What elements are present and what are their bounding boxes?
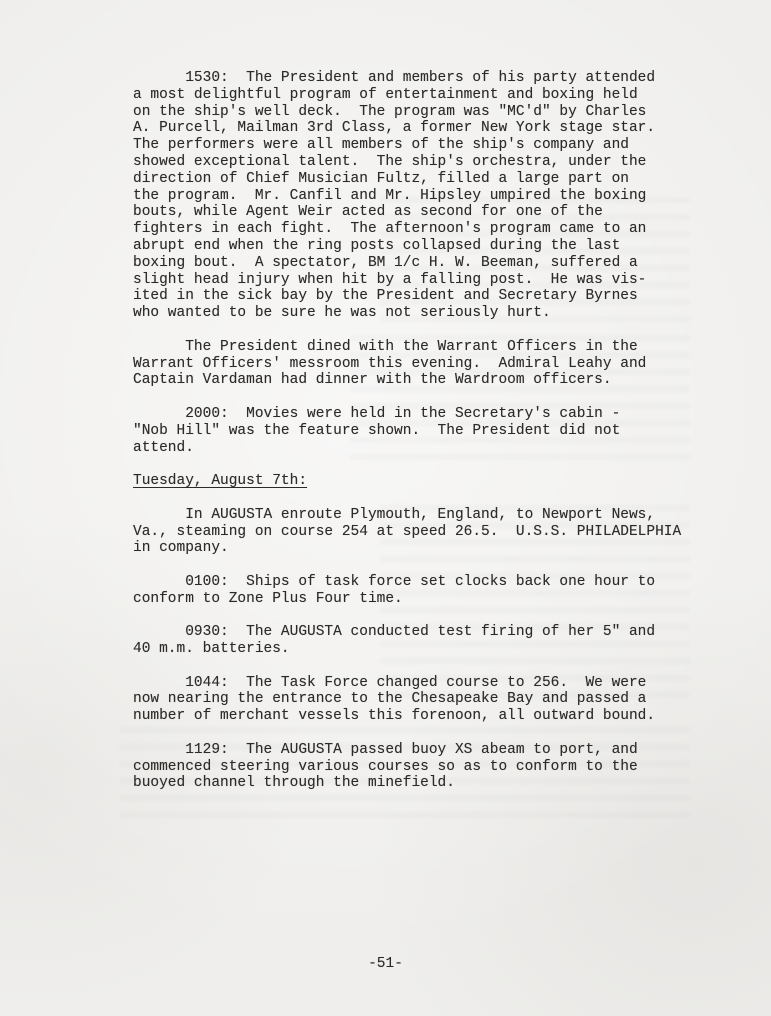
page-body: 1530: The President and members of his p… bbox=[133, 70, 713, 809]
day-heading-tuesday-august-7th: Tuesday, August 7th: bbox=[133, 473, 713, 490]
log-entry-2000: 2000: Movies were held in the Secretary'… bbox=[133, 406, 713, 456]
log-entry-1530: 1530: The President and members of his p… bbox=[133, 70, 713, 322]
log-entry-1129: 1129: The AUGUSTA passed buoy XS abeam t… bbox=[133, 742, 713, 792]
log-entry-0100: 0100: Ships of task force set clocks bac… bbox=[133, 574, 713, 608]
log-entry-1044: 1044: The Task Force changed course to 2… bbox=[133, 675, 713, 725]
log-entry-position-summary: In AUGUSTA enroute Plymouth, England, to… bbox=[133, 507, 713, 557]
log-entry-presidents-dinner: The President dined with the Warrant Off… bbox=[133, 339, 713, 389]
page-number: -51- bbox=[0, 956, 771, 972]
log-entry-0930: 0930: The AUGUSTA conducted test firing … bbox=[133, 624, 713, 658]
